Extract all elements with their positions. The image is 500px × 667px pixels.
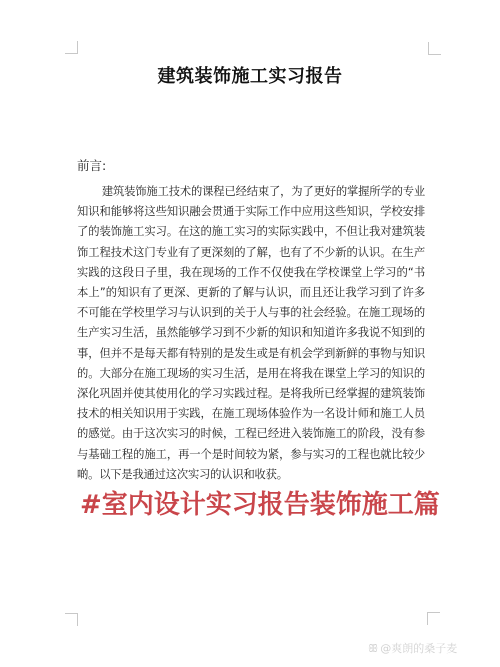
red-hashtag-banner: #室内设计实习报告装饰施工篇 bbox=[80, 484, 440, 521]
document-title: 建筑装饰施工实习报告 bbox=[0, 62, 500, 88]
watermark: ꕥ@爽朗的桑子麦 bbox=[368, 640, 457, 656]
crop-mark-bottom-right bbox=[427, 612, 440, 625]
crop-mark-top-left bbox=[65, 41, 78, 54]
watermark-logo-icon: ꕥ bbox=[368, 642, 378, 655]
preface-label: 前言: bbox=[77, 156, 106, 174]
body-paragraph: 建筑装饰施工技术的课程已经结束了，为了更好的掌握所学的专业知识和能够将这些知识融… bbox=[77, 182, 425, 485]
crop-mark-top-right bbox=[428, 42, 441, 55]
crop-mark-bottom-left bbox=[65, 613, 78, 626]
watermark-text: @爽朗的桑子麦 bbox=[380, 642, 457, 655]
